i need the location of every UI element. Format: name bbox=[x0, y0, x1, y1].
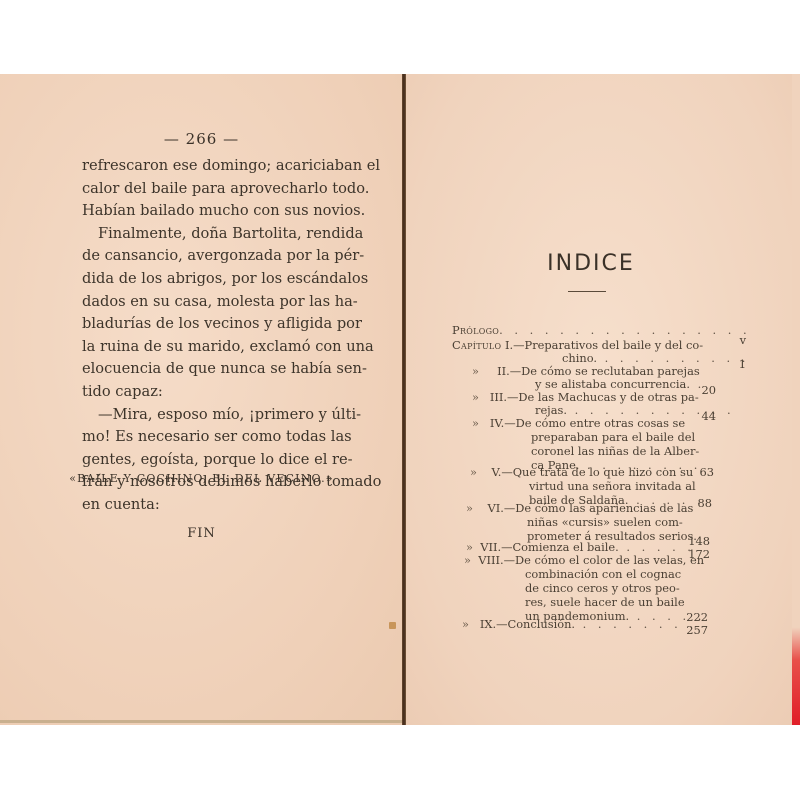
toc-page-number: 1 bbox=[706, 358, 746, 371]
toc-entry-chapter-8[interactable]: » VIII.—De cómo el color de las velas, e… bbox=[464, 554, 704, 567]
toc-entry-chapter-6[interactable]: » VI.—De cómo las apariencias de las bbox=[466, 502, 693, 515]
table-of-contents: Prólogo. . . . . . . . . . . . . . . . .… bbox=[0, 0, 800, 800]
toc-entry-chapter-8-cont: de cinco ceros y otros peo- bbox=[525, 582, 680, 595]
toc-page-number: 257 bbox=[668, 624, 708, 637]
toc-entry-chapter-8-cont: res, suele hacer de un baile bbox=[525, 596, 685, 609]
toc-entry-chapter-4-cont: coronel las niñas de la Alber- bbox=[531, 445, 699, 458]
toc-entry-chapter-5-cont: virtud una señora invitada al bbox=[529, 480, 696, 493]
toc-entry-chapter-4[interactable]: » IV.—De cómo entre otras cosas se bbox=[472, 417, 685, 430]
toc-page-number: v bbox=[706, 334, 746, 347]
toc-entry-chapter-5[interactable]: » V.—Que trata de lo que hizo con su bbox=[470, 466, 693, 479]
toc-entry-chapter-6-cont: niñas «cursis» suelen com- bbox=[527, 516, 683, 529]
toc-entry-chapter-8-cont: combinación con el cognac bbox=[525, 568, 681, 581]
toc-entry-chapter-4-cont: preparaban para el baile del bbox=[531, 431, 695, 444]
toc-entry-chapter-9[interactable]: » IX.—Conclusión. . . . . . . . . bbox=[462, 618, 697, 631]
